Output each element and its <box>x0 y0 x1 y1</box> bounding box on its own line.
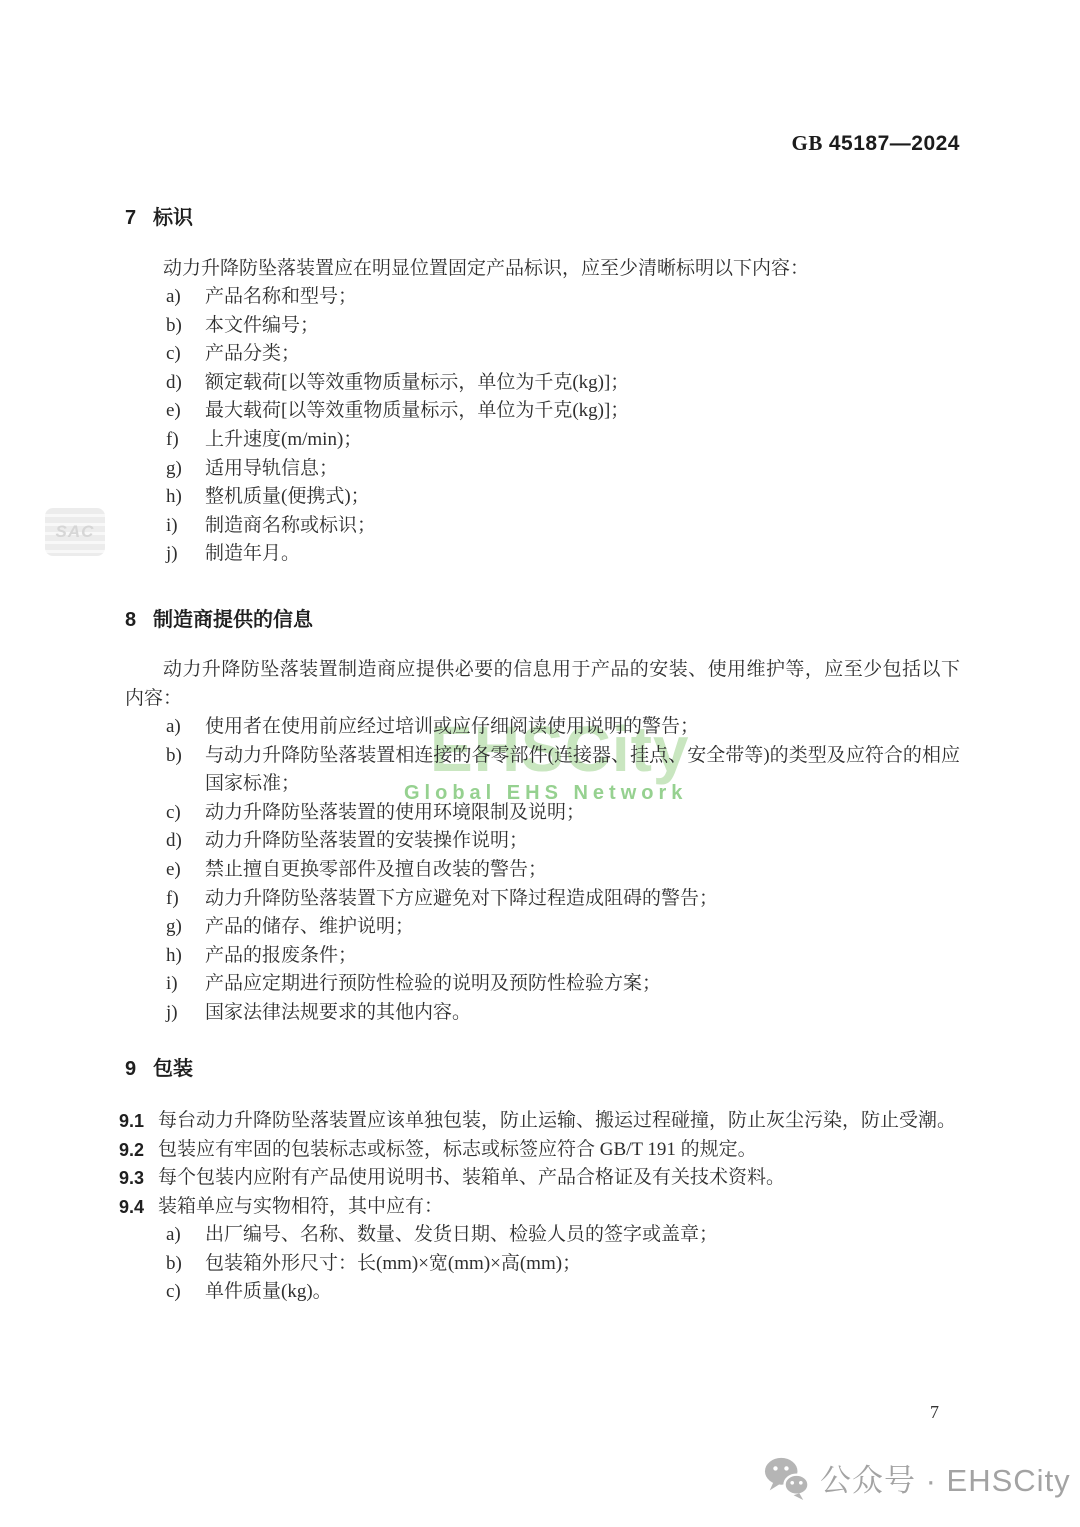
list-item-text: 本文件编号； <box>205 312 960 341</box>
list-item: i)产品应定期进行预防性检验的说明及预防性检验方案； <box>125 970 960 999</box>
wechat-icon <box>763 1456 809 1500</box>
list-item: a)使用者在使用前应经过培训或应仔细阅读使用说明的警告； <box>125 713 960 742</box>
list-item-letter: f) <box>166 426 205 455</box>
clause-number: 9.1 <box>119 1107 158 1136</box>
list-item-letter: g) <box>166 455 205 484</box>
list-item: a)产品名称和型号； <box>125 283 960 312</box>
list-item-letter: i) <box>166 512 205 541</box>
list-item-letter: d) <box>166 827 205 856</box>
wechat-account-label: 公众号 · EHSCity <box>820 1455 1071 1500</box>
list-item-text: 与动力升降防坠落装置相连接的各零部件(连接器、挂点、安全带等)的类型及应符合的相… <box>205 742 960 799</box>
list-item-letter: b) <box>166 1250 205 1279</box>
list-item-letter: a) <box>166 1221 205 1250</box>
list-item-letter: f) <box>166 885 205 914</box>
list-item-letter: h) <box>166 483 205 512</box>
section-8-intro: 动力升降防坠落装置制造商应提供必要的信息用于产品的安装、使用维护等，应至少包括以… <box>125 655 960 713</box>
list-item-letter: j) <box>166 999 205 1028</box>
list-item: g)适用导轨信息； <box>125 455 960 484</box>
clause: 9.3每个包装内应附有产品使用说明书、装箱单、产品合格证及有关技术资料。 <box>125 1164 960 1193</box>
section-8-heading: 8 制造商提供的信息 <box>125 607 960 634</box>
list-item-letter: c) <box>166 1278 205 1307</box>
list-item-text: 使用者在使用前应经过培训或应仔细阅读使用说明的警告； <box>205 713 960 742</box>
section-7-intro: 动力升降防坠落装置应在明显位置固定产品标识，应至少清晰标明以下内容： <box>125 254 960 283</box>
list-item-text: 产品的报废条件； <box>205 942 960 971</box>
list-item: j)国家法律法规要求的其他内容。 <box>125 999 960 1028</box>
list-item-letter: a) <box>166 713 205 742</box>
wechat-footer: 公众号 · EHSCity <box>763 1455 1071 1500</box>
list-item: d)动力升降防坠落装置的安装操作说明； <box>125 827 960 856</box>
list-item: f)上升速度(m/min)； <box>125 426 960 455</box>
standard-code-prefix: GB <box>792 131 823 155</box>
list-item-text: 制造年月。 <box>205 540 960 569</box>
list-item-text: 国家法律法规要求的其他内容。 <box>205 999 960 1028</box>
list-item-text: 产品名称和型号； <box>205 283 960 312</box>
clause: 9.2包装应有牢固的包装标志或标签，标志或标签应符合 GB/T 191 的规定。 <box>125 1136 960 1165</box>
list-item-text: 单件质量(kg)。 <box>205 1278 960 1307</box>
list-item: f)动力升降防坠落装置下方应避免对下降过程造成阻碍的警告； <box>125 885 960 914</box>
list-item-text: 动力升降防坠落装置的使用环境限制及说明； <box>205 799 960 828</box>
list-item-letter: c) <box>166 799 205 828</box>
clause: 9.4装箱单应与实物相符，其中应有： <box>125 1193 960 1222</box>
clause-number: 9.4 <box>119 1193 158 1222</box>
clause-text: 装箱单应与实物相符，其中应有： <box>158 1193 960 1222</box>
section-9-clauses: 9.1每台动力升降防坠落装置应该单独包装，防止运输、搬运过程碰撞，防止灰尘污染，… <box>125 1107 960 1307</box>
clause: 9.1每台动力升降防坠落装置应该单独包装，防止运输、搬运过程碰撞，防止灰尘污染，… <box>125 1107 960 1136</box>
list-item-letter: j) <box>166 540 205 569</box>
list-item-letter: i) <box>166 970 205 999</box>
list-item-text: 动力升降防坠落装置下方应避免对下降过程造成阻碍的警告； <box>205 885 960 914</box>
section-7-heading: 7 标识 <box>125 205 960 232</box>
list-item-text: 最大载荷[以等效重物质量标示，单位为千克(kg)]； <box>205 397 960 426</box>
list-item-text: 适用导轨信息； <box>205 455 960 484</box>
list-item: h)产品的报废条件； <box>125 942 960 971</box>
list-item-letter: g) <box>166 913 205 942</box>
clause-text: 每个包装内应附有产品使用说明书、装箱单、产品合格证及有关技术资料。 <box>158 1164 960 1193</box>
section-9-heading: 9 包装 <box>125 1056 960 1083</box>
list-item-text: 额定载荷[以等效重物质量标示，单位为千克(kg)]； <box>205 369 960 398</box>
section-8-list: a)使用者在使用前应经过培训或应仔细阅读使用说明的警告； b)与动力升降防坠落装… <box>125 713 960 1028</box>
section-7-number: 7 <box>125 205 153 232</box>
page-content: GB45187—2024 7 标识 动力升降防坠落装置应在明显位置固定产品标识，… <box>0 0 1080 1307</box>
list-item: d)额定载荷[以等效重物质量标示，单位为千克(kg)]； <box>125 369 960 398</box>
section-8-title: 制造商提供的信息 <box>153 607 313 634</box>
list-item: a)出厂编号、名称、数量、发货日期、检验人员的签字或盖章； <box>125 1221 960 1250</box>
list-item: i)制造商名称或标识； <box>125 512 960 541</box>
list-item-text: 产品应定期进行预防性检验的说明及预防性检验方案； <box>205 970 960 999</box>
list-item-text: 产品的储存、维护说明； <box>205 913 960 942</box>
list-item-letter: h) <box>166 942 205 971</box>
list-item: b)与动力升降防坠落装置相连接的各零部件(连接器、挂点、安全带等)的类型及应符合… <box>125 742 960 799</box>
list-item-letter: e) <box>166 397 205 426</box>
list-item-letter: a) <box>166 283 205 312</box>
list-item: c)单件质量(kg)。 <box>125 1278 960 1307</box>
list-item: e)禁止擅自更换零部件及擅自改装的警告； <box>125 856 960 885</box>
standard-number-header: GB45187—2024 <box>125 0 960 157</box>
list-item-letter: b) <box>166 312 205 341</box>
list-item: c)产品分类； <box>125 340 960 369</box>
section-9-title: 包装 <box>153 1056 193 1083</box>
page-number: 7 <box>930 1402 939 1423</box>
clause-number: 9.2 <box>119 1136 158 1165</box>
list-item-letter: c) <box>166 340 205 369</box>
clause-text: 包装应有牢固的包装标志或标签，标志或标签应符合 GB/T 191 的规定。 <box>158 1136 960 1165</box>
list-item-text: 动力升降防坠落装置的安装操作说明； <box>205 827 960 856</box>
list-item: g)产品的储存、维护说明； <box>125 913 960 942</box>
list-item-text: 整机质量(便携式)； <box>205 483 960 512</box>
list-item-text: 上升速度(m/min)； <box>205 426 960 455</box>
list-item-text: 包装箱外形尺寸：长(mm)×宽(mm)×高(mm)； <box>205 1250 960 1279</box>
clause-number: 9.3 <box>119 1164 158 1193</box>
standard-code-number: 45187—2024 <box>829 132 960 155</box>
list-item: j)制造年月。 <box>125 540 960 569</box>
list-item: h)整机质量(便携式)； <box>125 483 960 512</box>
section-7-title: 标识 <box>153 205 193 232</box>
section-8-number: 8 <box>125 607 153 634</box>
list-item-text: 出厂编号、名称、数量、发货日期、检验人员的签字或盖章； <box>205 1221 960 1250</box>
section-7-list: a)产品名称和型号； b)本文件编号； c)产品分类； d)额定载荷[以等效重物… <box>125 283 960 569</box>
list-item-text: 产品分类； <box>205 340 960 369</box>
section-9-number: 9 <box>125 1056 153 1083</box>
list-item-text: 禁止擅自更换零部件及擅自改装的警告； <box>205 856 960 885</box>
clause-text: 每台动力升降防坠落装置应该单独包装，防止运输、搬运过程碰撞，防止灰尘污染，防止受… <box>158 1107 960 1136</box>
list-item-letter: e) <box>166 856 205 885</box>
list-item-text: 制造商名称或标识； <box>205 512 960 541</box>
list-item: e)最大载荷[以等效重物质量标示，单位为千克(kg)]； <box>125 397 960 426</box>
list-item-letter: b) <box>166 742 205 799</box>
list-item: b)包装箱外形尺寸：长(mm)×宽(mm)×高(mm)； <box>125 1250 960 1279</box>
list-item: c)动力升降防坠落装置的使用环境限制及说明； <box>125 799 960 828</box>
document-page: SAC EHSCity Global EHS Network GB45187—2… <box>0 0 1080 1527</box>
list-item: b)本文件编号； <box>125 312 960 341</box>
list-item-letter: d) <box>166 369 205 398</box>
